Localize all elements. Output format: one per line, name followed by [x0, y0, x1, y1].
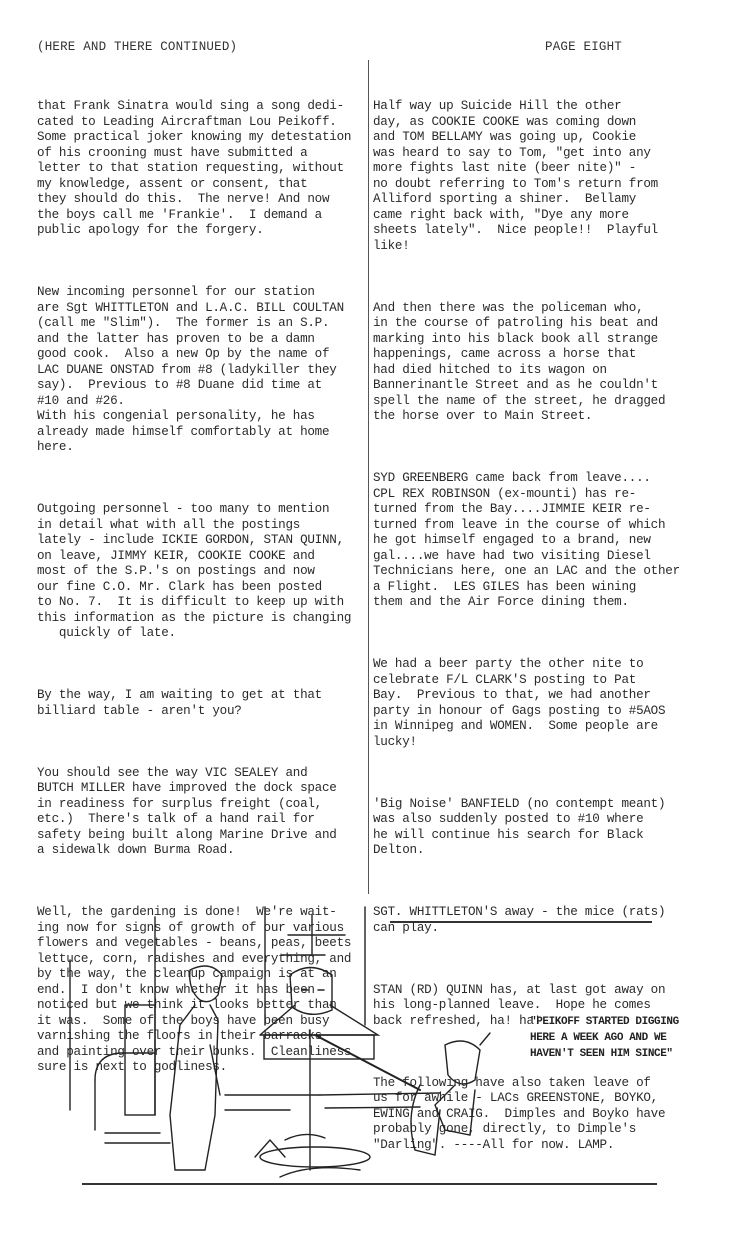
- page-number: PAGE EIGHT: [545, 40, 622, 54]
- cartoon-caption: "PEIKOFF STARTED DIGGING HERE A WEEK AGO…: [530, 1014, 679, 1062]
- column-divider: [368, 60, 369, 894]
- paragraph-incoming-personnel: New incoming personnel for our station a…: [37, 285, 367, 456]
- cartoon-illustration: [60, 895, 510, 1180]
- bottom-rule: [82, 1183, 657, 1185]
- paragraph-beer-party: We had a beer party the other nite to ce…: [373, 657, 713, 750]
- paragraph-outgoing-personnel: Outgoing personnel - too many to mention…: [37, 502, 367, 642]
- paragraph-billiard: By the way, I am waiting to get at that …: [37, 688, 367, 719]
- paragraph-sinatra: that Frank Sinatra would sing a song ded…: [37, 99, 367, 239]
- hole-icon: [260, 1147, 370, 1167]
- paragraph-dock-space: You should see the way VIC SEALEY and BU…: [37, 766, 367, 859]
- paragraph-banfield: 'Big Noise' BANFIELD (no contempt meant)…: [373, 797, 713, 859]
- face-icon: [290, 968, 332, 1015]
- standing-man-icon: [190, 966, 222, 1002]
- section-header: (HERE AND THERE CONTINUED): [37, 40, 237, 54]
- paragraph-leave-returns: SYD GREENBERG came back from leave.... C…: [373, 471, 713, 611]
- paragraph-suicide-hill: Half way up Suicide Hill the other day, …: [373, 99, 713, 254]
- digging-man-icon: [445, 1041, 480, 1084]
- paragraph-policeman: And then there was the policeman who, in…: [373, 301, 713, 425]
